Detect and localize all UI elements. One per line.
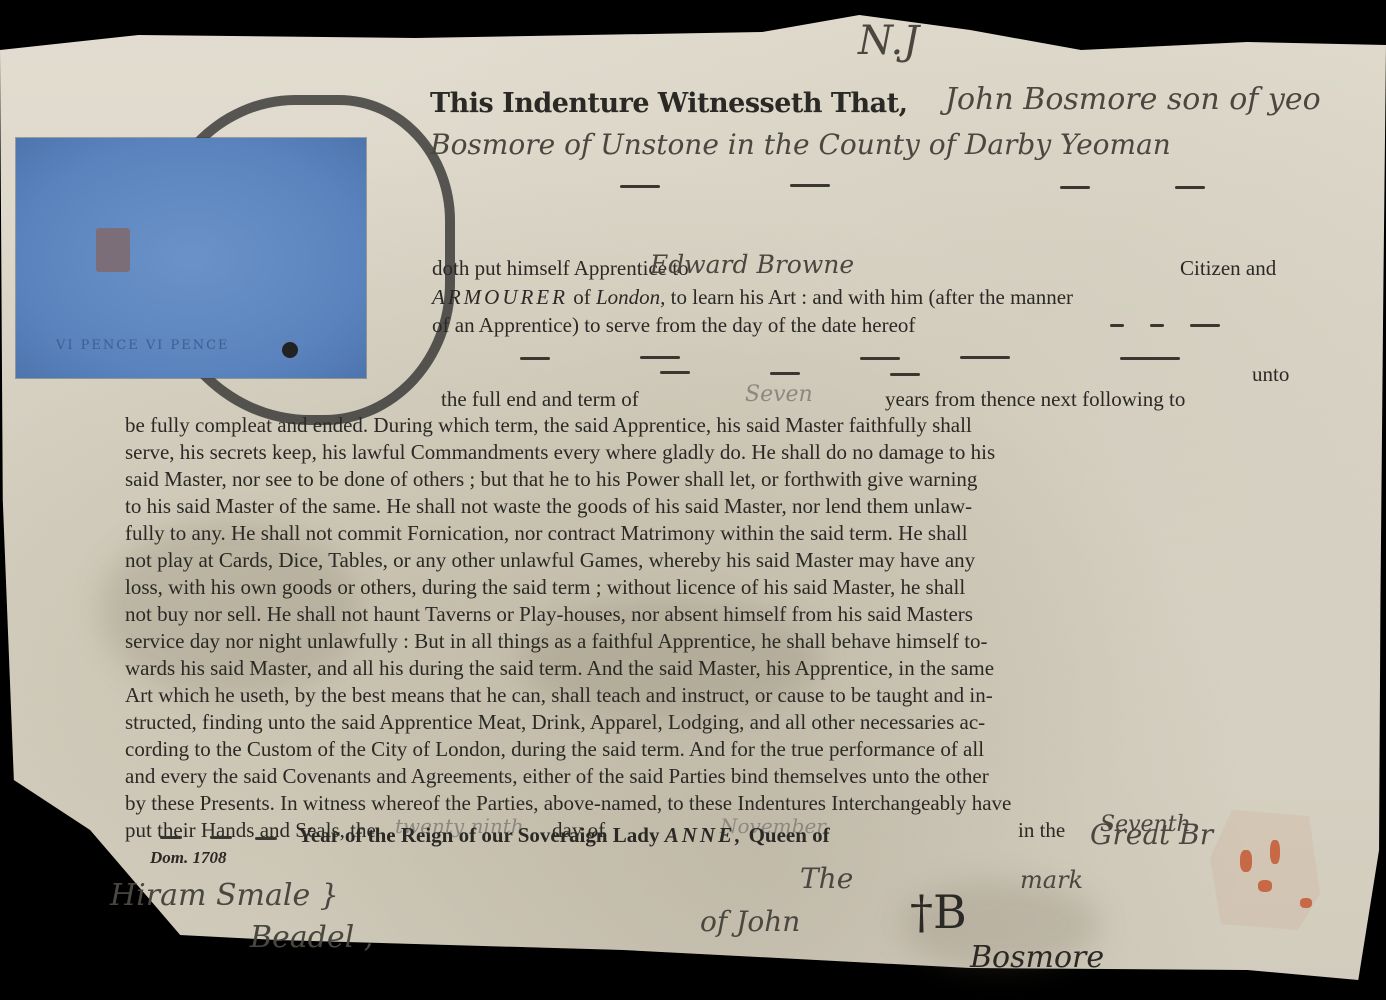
wax-fragment — [1240, 850, 1252, 872]
body-line: be fully compleat and ended. During whic… — [125, 413, 972, 438]
mark-word: mark — [1020, 866, 1083, 894]
blank-dash — [660, 371, 690, 374]
intro-line-3: of an Apprentice) to serve from the day … — [432, 313, 915, 338]
trade-name: ARMOURER — [432, 285, 568, 309]
printed-text: of — [573, 285, 591, 309]
witness-signature-line-1: Hiram Smale } — [110, 878, 339, 913]
closing-line-1c: in the — [1018, 818, 1065, 843]
intro-line-5a: the full end and term of — [441, 387, 639, 412]
wax-fragment — [1258, 880, 1272, 892]
body-line: service day nor night unlawfully : But i… — [125, 629, 988, 654]
reference-mark: N.J — [858, 18, 919, 64]
year-of-lord: Dom. 1708 — [150, 848, 227, 868]
body-line: loss, with his own goods or others, duri… — [125, 575, 965, 600]
blank-dash — [960, 356, 1010, 359]
wax-seal-remnant — [1210, 810, 1320, 930]
blank-dash — [1060, 186, 1090, 189]
revenue-stamp: VI PENCE VI PENCE — [16, 138, 366, 378]
term-years-handwritten: Seven — [745, 382, 813, 407]
body-line: said Master, nor see to be done of other… — [125, 467, 977, 492]
document-title: This Indenture Witnesseth That, — [430, 88, 908, 119]
intro-line-4-end: unto — [1252, 362, 1289, 387]
intro-line-2: ARMOURER of London, to learn his Art : a… — [432, 285, 1073, 310]
seal-hole — [282, 342, 298, 358]
printed-text: Queen of — [749, 823, 830, 847]
city-name: London, — [596, 285, 665, 309]
body-line: not play at Cards, Dice, Tables, or any … — [125, 548, 975, 573]
monarch-name: ANNE, — [665, 823, 744, 847]
blank-dash — [890, 373, 920, 376]
signatory-surname: Bosmore — [970, 940, 1104, 975]
blank-dash — [255, 837, 277, 840]
blank-dash — [210, 836, 232, 839]
body-line: wards his said Master, and all his durin… — [125, 656, 994, 681]
blank-dash — [1110, 324, 1124, 327]
blank-dash — [640, 356, 680, 359]
printed-text: to learn his Art : and with him (after t… — [671, 285, 1073, 309]
body-line: serve, his secrets keep, his lawful Comm… — [125, 440, 995, 465]
blank-dash — [1190, 324, 1220, 327]
realm-handwritten: Great Br — [1090, 818, 1213, 851]
mark-of-john: of John — [700, 905, 800, 938]
apprentice-name-handwritten: John Bosmore son of yeo — [945, 82, 1321, 117]
apprentice-origin-handwritten: Bosmore of Unstone in the County of Darb… — [430, 128, 1171, 161]
wax-fragment — [1300, 898, 1312, 908]
printed-text: Year of the Reign of our Soveraign Lady — [298, 823, 659, 847]
body-line: not buy nor sell. He shall not haunt Tav… — [125, 602, 973, 627]
body-line: structed, finding unto the said Apprenti… — [125, 710, 985, 735]
blank-dash — [790, 184, 830, 187]
blank-dash — [520, 357, 550, 360]
body-line: and every the said Covenants and Agreeme… — [125, 764, 989, 789]
blank-dash — [1150, 324, 1164, 327]
stamp-emboss-icon — [96, 228, 130, 272]
blank-dash — [620, 185, 660, 188]
master-name-handwritten: Edward Browne — [650, 250, 854, 279]
wax-fragment — [1270, 840, 1280, 864]
body-line: by these Presents. In witness whereof th… — [125, 791, 1011, 816]
intro-line-1-end: Citizen and — [1180, 256, 1276, 281]
blank-dash — [160, 836, 182, 839]
body-line: cording to the Custom of the City of Lon… — [125, 737, 984, 762]
closing-line-2: Year of the Reign of our Soveraign Lady … — [298, 823, 830, 848]
blank-dash — [770, 372, 800, 375]
signatory-mark-icon: †B — [910, 885, 967, 939]
body-line: fully to any. He shall not commit Fornic… — [125, 521, 968, 546]
blank-dash — [1120, 357, 1180, 360]
body-line: to his said Master of the same. He shall… — [125, 494, 972, 519]
witness-signature-line-2: Beadel , — [250, 920, 373, 955]
mark-the: The — [800, 862, 853, 895]
body-line: Art which he useth, by the best means th… — [125, 683, 993, 708]
stamp-text: VI PENCE VI PENCE — [56, 338, 230, 353]
intro-line-5b: years from thence next following to — [885, 387, 1185, 412]
blank-dash — [1175, 186, 1205, 189]
blank-dash — [860, 357, 900, 360]
